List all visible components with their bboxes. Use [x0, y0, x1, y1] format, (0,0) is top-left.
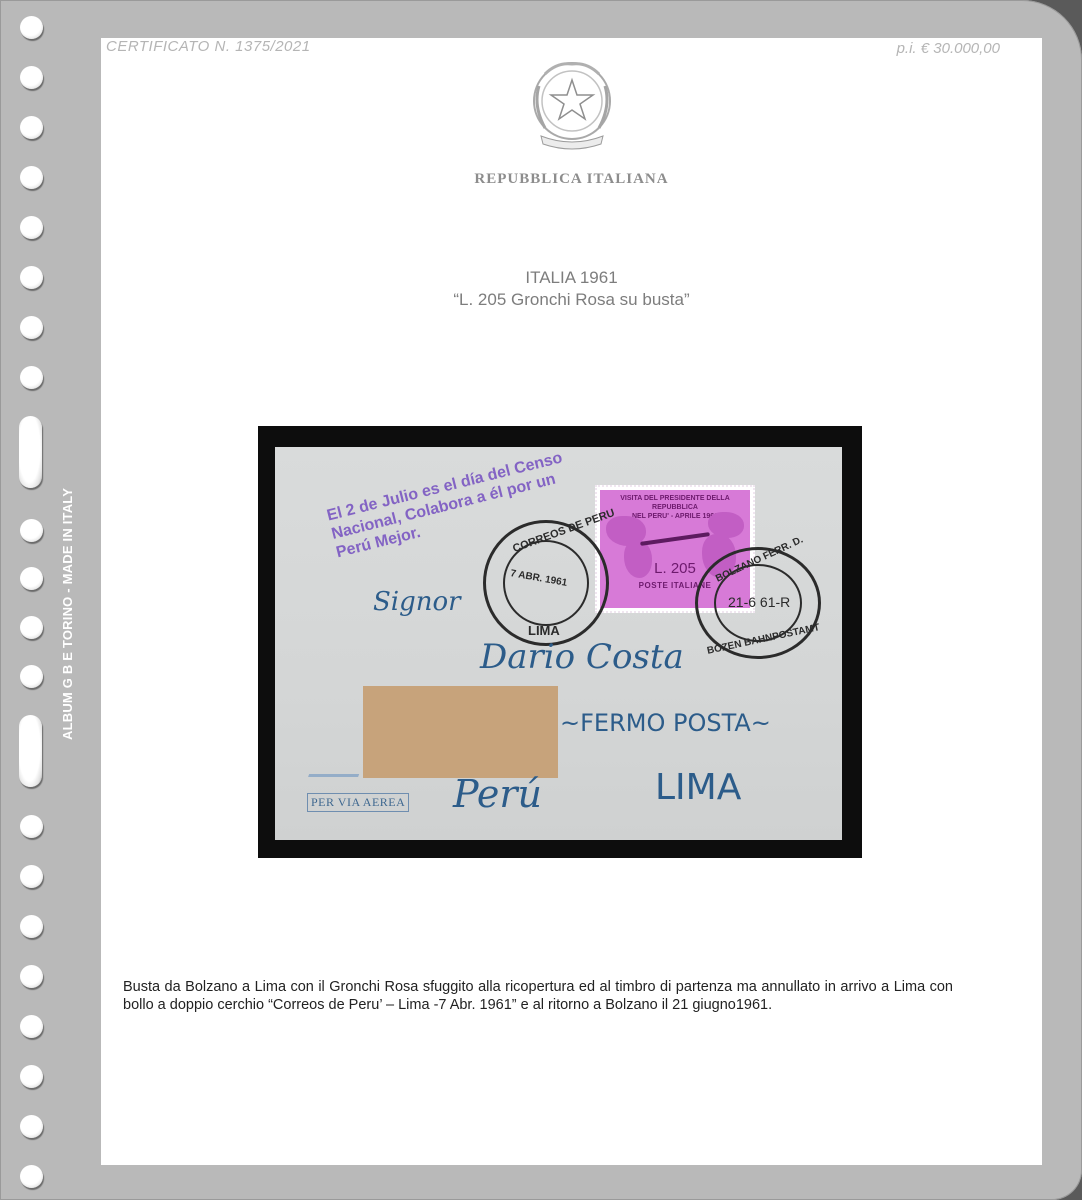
- binder-hole: [20, 1115, 43, 1138]
- binder-hole: [20, 16, 43, 39]
- album-spine-text: ALBUM G B E TORINO - MADE IN ITALY: [60, 488, 75, 740]
- address-city: LIMA: [655, 767, 741, 808]
- cover-mount: El 2 de Julio es el día del Censo Nacion…: [258, 426, 862, 858]
- binder-slot: [19, 416, 42, 488]
- italian-republic-emblem-icon: [527, 56, 617, 156]
- binder-hole: [20, 266, 43, 289]
- page-subtitle: “L. 205 Gronchi Rosa su busta”: [101, 290, 1042, 310]
- binder-hole: [20, 216, 43, 239]
- binder-hole: [20, 965, 43, 988]
- address-name: Dario Costa: [480, 637, 684, 677]
- binder-hole: [20, 865, 43, 888]
- album-sheet: CERTIFICATO N. 1375/2021 p.i. € 30.000,0…: [101, 38, 1042, 1165]
- stamp-header-1: VISITA DEL PRESIDENTE DELLA REPUBBLICA: [600, 494, 750, 512]
- airplane-icon: [640, 532, 710, 546]
- binder-hole: [20, 1015, 43, 1038]
- binder-hole: [20, 915, 43, 938]
- binder-hole: [20, 166, 43, 189]
- address-salutation: Signor: [373, 587, 461, 617]
- page-title: ITALIA 1961: [101, 268, 1042, 288]
- republic-heading: REPUBBLICA ITALIANA: [101, 171, 1042, 188]
- postmark-bolzano: BOLZANO FERR. D. 21-6 61-R BOZEN BAHNPOS…: [695, 547, 821, 659]
- postmark-lima-bottom: LIMA: [528, 623, 560, 638]
- airmail-label: PER VIA AEREA: [307, 793, 409, 812]
- binder-hole: [20, 66, 43, 89]
- address-fermo-posta: ~FERMO POSTA~: [560, 709, 771, 737]
- covered-label: [363, 686, 558, 778]
- binder-hole: [20, 519, 43, 542]
- binder-slot: [19, 715, 42, 787]
- binder-hole: [20, 116, 43, 139]
- binder-hole: [20, 815, 43, 838]
- envelope: El 2 de Julio es el día del Censo Nacion…: [275, 447, 842, 840]
- binder-hole: [20, 567, 43, 590]
- postmark-lima: CORREOS DE PERU 7 ABR. 1961 LIMA: [483, 520, 609, 646]
- address-country: Perú: [453, 772, 542, 816]
- binder-hole: [20, 1165, 43, 1188]
- binder-hole: [20, 616, 43, 639]
- binder-hole: [20, 1065, 43, 1088]
- certificate-note: CERTIFICATO N. 1375/2021: [106, 38, 311, 55]
- price-note: p.i. € 30.000,00: [897, 40, 1000, 57]
- album-page: ALBUM G B E TORINO - MADE IN ITALY CERTI…: [0, 0, 1082, 1200]
- binder-hole: [20, 665, 43, 688]
- postmark-bolzano-date: 21-6 61-R: [728, 594, 790, 610]
- binder-hole: [20, 316, 43, 339]
- description-caption: Busta da Bolzano a Lima con il Gronchi R…: [123, 978, 953, 1014]
- binder-hole: [20, 366, 43, 389]
